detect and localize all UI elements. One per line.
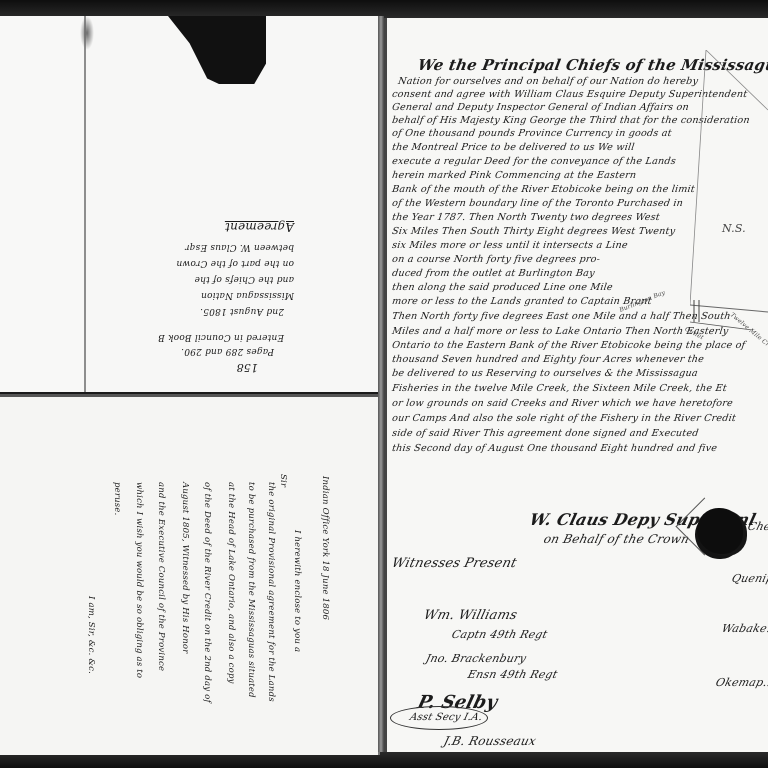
letter-line: the original Provisional agreement for t… [266, 482, 276, 702]
witness-title: Ensn 49th Regt [466, 668, 559, 681]
treaty-line: of One thousand pounds Province Currency… [391, 128, 672, 140]
treaty-line: then along the said produced Line one Mi… [391, 282, 613, 294]
witness-name: J.B. Rousseaux [442, 734, 537, 748]
treaty-line: side of said River This agreement done s… [391, 428, 699, 440]
witness-title: Captn 49th Regt [450, 628, 549, 641]
treaty-line: Six Miles Then South Thirty Eight degree… [391, 226, 676, 238]
endorsement-number: 158 [236, 362, 258, 372]
treaty-line: thousand Seven hundred and Eighty four A… [391, 354, 705, 366]
treaty-line: this Second day of August One thousand E… [391, 443, 718, 455]
witness-name: Wm. Williams [422, 608, 519, 623]
letter-closing: I am, Sir, &c. &c. [86, 596, 96, 674]
letter-line: peruse. [112, 482, 122, 516]
treaty-line: on a course North forty five degrees pro… [391, 254, 601, 266]
treaty-line: Bank of the mouth of the River Etobicoke… [391, 184, 695, 196]
folded-flap-left [0, 16, 86, 392]
treaty-line: or low grounds on said Creeks and River … [391, 398, 733, 410]
treaty-line: General and Deputy Inspector General of … [391, 102, 689, 114]
chief-name-partial: Quenip... [730, 572, 768, 585]
chief-mark-partial: Che... [746, 520, 768, 533]
chief-name-partial: Wabake... [720, 622, 768, 635]
endorsement-text: Agreement between W. Claus Esqr on the p… [148, 210, 298, 400]
treaty-line: our Camps And also the sole right of the… [391, 413, 737, 425]
letter-salutation: Sir [278, 474, 288, 487]
letter-dateline: Indian Office York 18 June 1806 [320, 476, 330, 620]
witness-title: Asst Secy I.A. [409, 712, 484, 723]
endorsement-line: Entered in Council Book B [158, 332, 284, 342]
treaty-line: the Year 1787. Then North Twenty two deg… [391, 212, 660, 224]
crown-capacity: on Behalf of the Crown [542, 532, 691, 546]
treaty-line: Ontario to the Eastern Bank of the River… [391, 340, 746, 352]
endorsement-line: Pages 289 and 290. [181, 346, 274, 356]
letter-line: I herewith enclose to you a [292, 530, 302, 652]
treaty-line: six Miles more or less until it intersec… [391, 240, 628, 252]
letter-line: of the Deed of the River Credit on the 2… [202, 482, 212, 703]
endorsement-date: 2nd August 1805. [200, 306, 284, 316]
treaty-line: Miles and a half more or less to Lake On… [391, 326, 729, 338]
treaty-line: Fisheries in the twelve Mile Creek, the … [391, 383, 727, 395]
boundary-sketch-map [690, 50, 768, 330]
treaty-line: herein marked Pink Commencing at the Eas… [391, 170, 637, 182]
letter-line: at the Head of Lake Ontario, and also a … [226, 482, 236, 684]
witnesses-label: Witnesses Present [390, 556, 518, 571]
treaty-line: execute a regular Deed for the conveyanc… [391, 156, 676, 168]
letter-line: and the Executive Council of the Provinc… [156, 482, 166, 671]
treaty-line: be delivered to us Reserving to ourselve… [391, 368, 698, 380]
endorsement-title: Agreement [225, 222, 294, 232]
treaty-line: Nation for ourselves and on behalf of ou… [397, 76, 699, 88]
endorsement-line: and the Chiefs of the [194, 274, 294, 284]
treaty-line: Then North forty five degrees East one M… [391, 311, 731, 323]
chief-name-partial: Okemap... [714, 676, 768, 689]
treaty-line: duced from the outlet at Burlington Bay [391, 268, 595, 280]
letter-line: to be purchased from the Mississaguas si… [246, 482, 256, 698]
map-label: N.S. [722, 222, 746, 235]
fold-smudge [80, 16, 94, 50]
treaty-line: the Montreal Price to be delivered to us… [391, 142, 635, 154]
endorsement-line: on the part of the Crown [176, 258, 294, 268]
letter-line: August 1805, Witnessed by His Honor [180, 482, 190, 654]
treaty-line: more or less to the Lands granted to Cap… [391, 296, 652, 308]
wax-seal [697, 508, 743, 554]
endorsement-line: Mississagua Nation [201, 290, 294, 300]
treaty-line: of the Western boundary line of the Toro… [391, 198, 684, 210]
endorsement-line: between W. Claus Esqr [185, 242, 294, 252]
letter-line: which I wish you would be so obliging as… [134, 482, 144, 678]
witness-name: Jno. Brackenbury [424, 652, 527, 665]
